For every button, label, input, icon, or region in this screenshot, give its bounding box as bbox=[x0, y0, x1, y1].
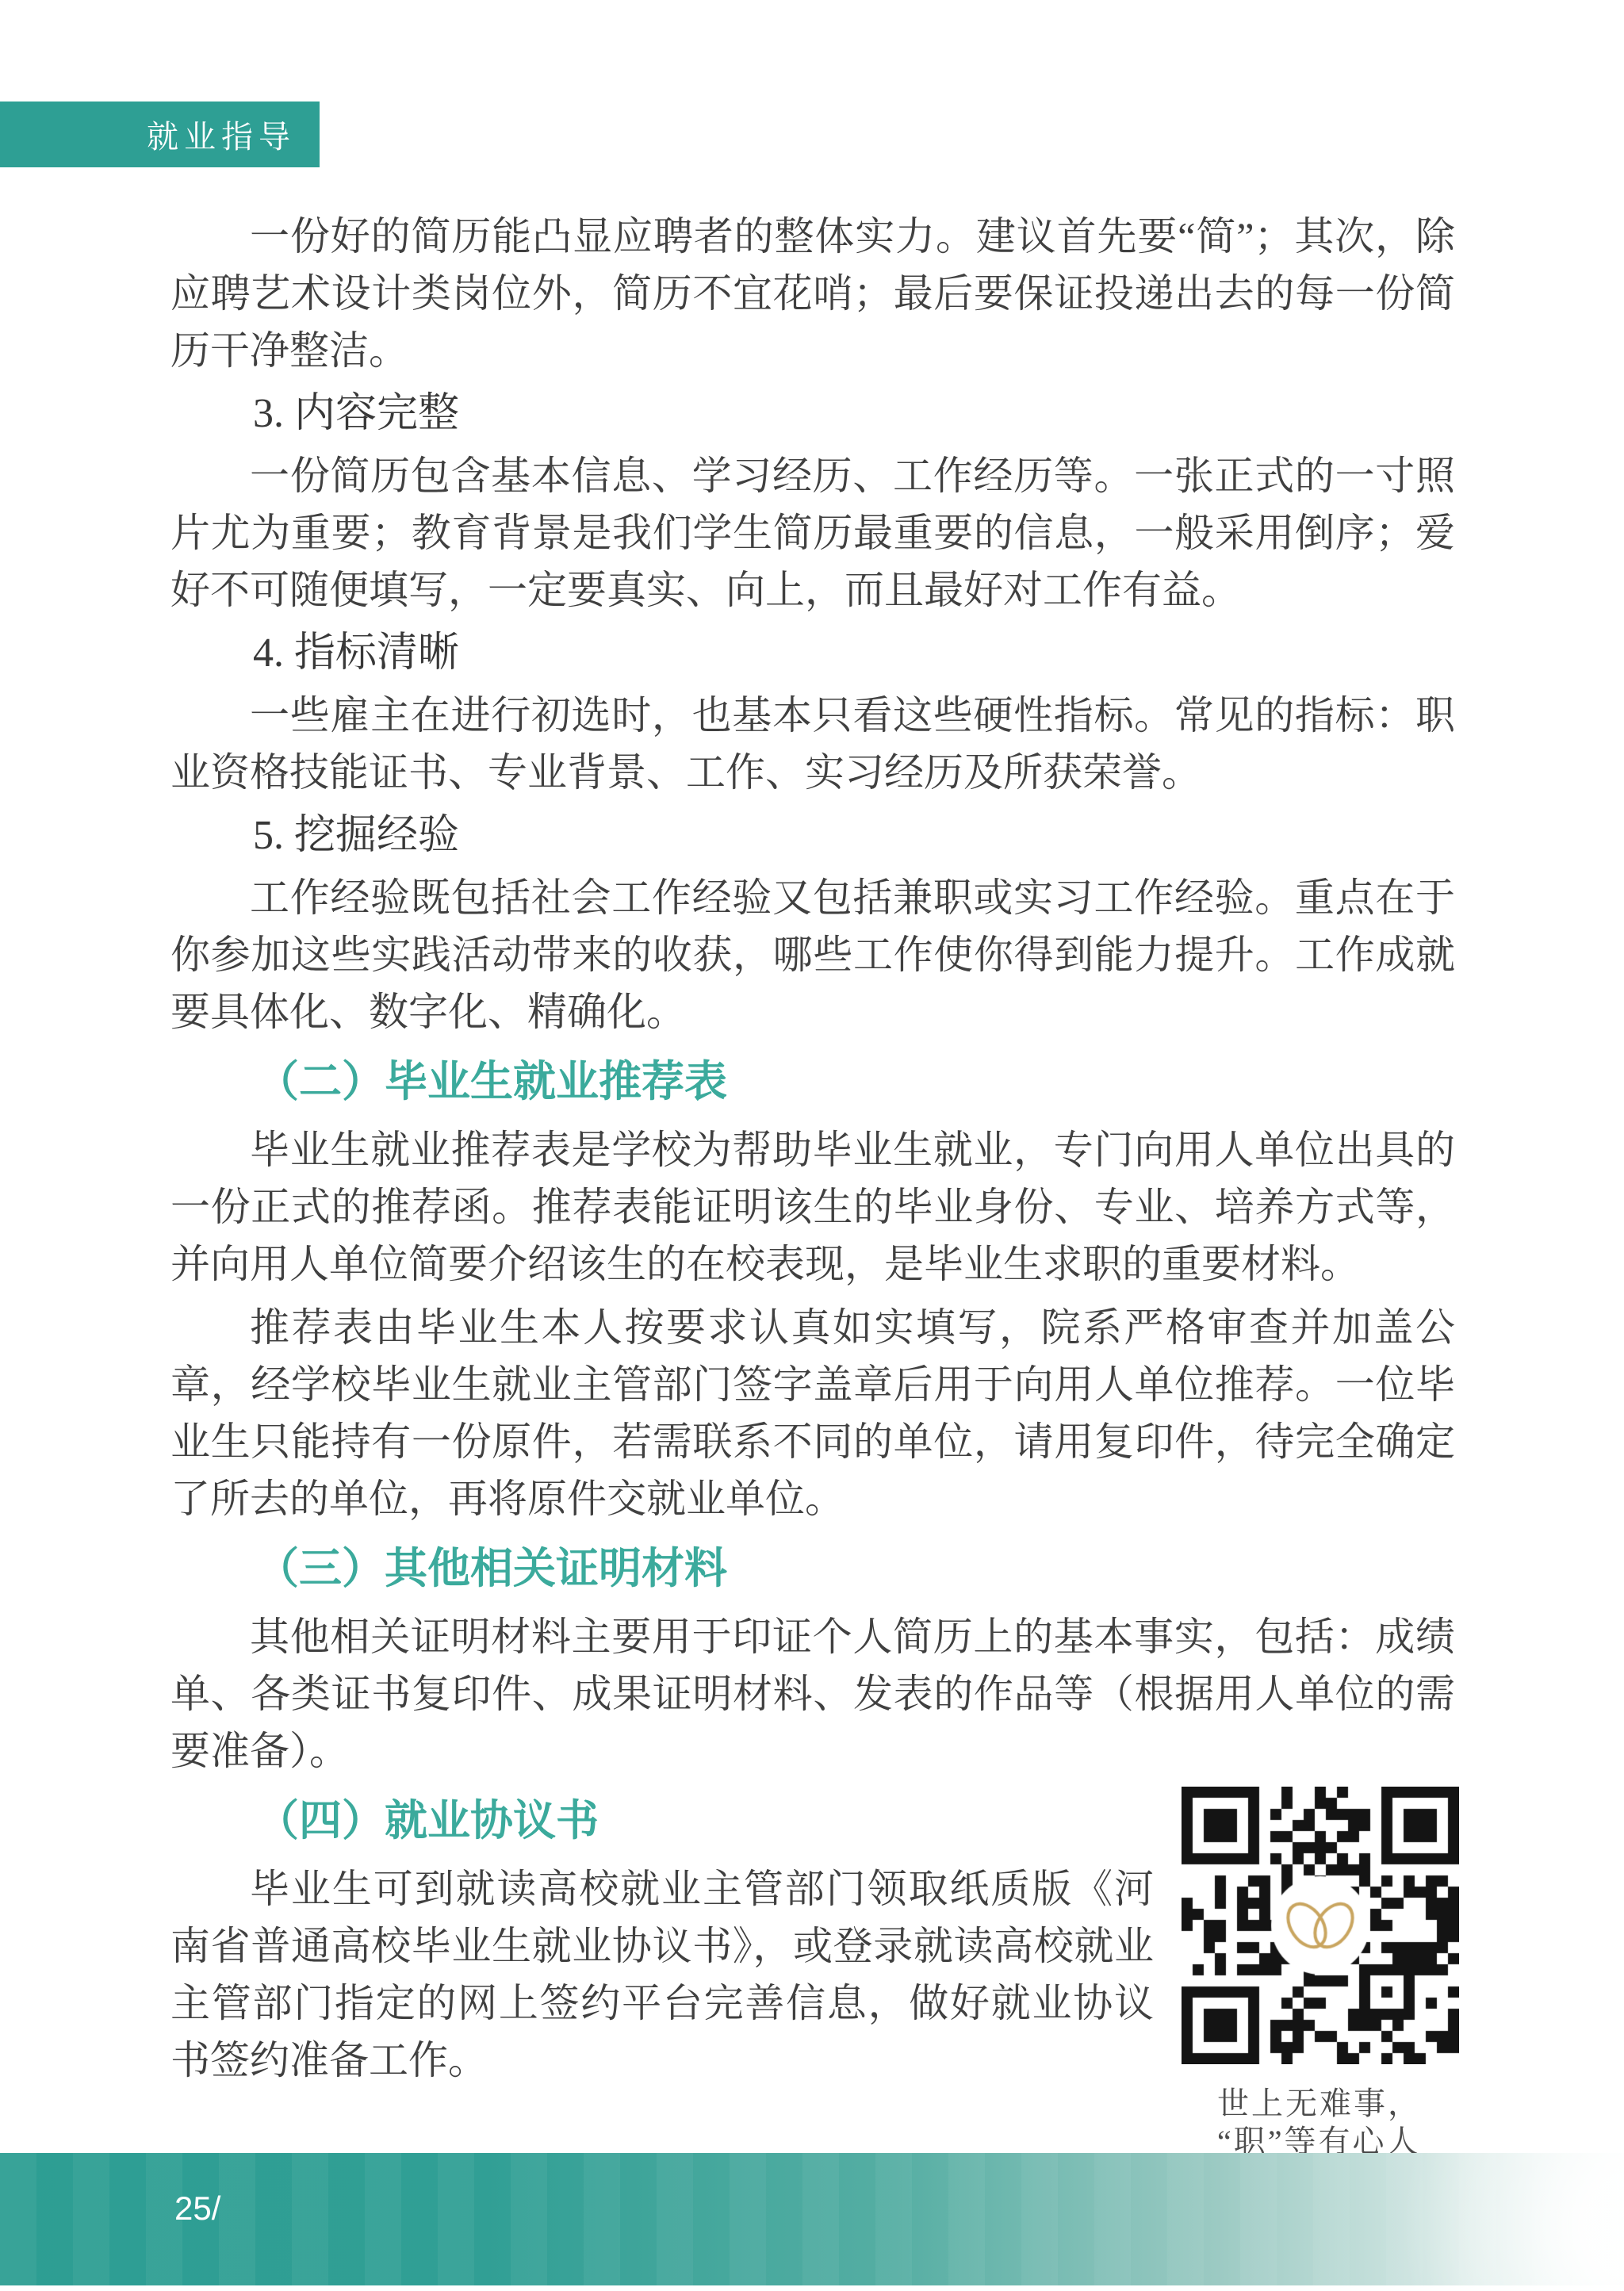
numbered-heading: 3. 内容完整 bbox=[170, 385, 1455, 442]
paragraph: 其他相关证明材料主要用于印证个人简历上的基本事实，包括：成绩单、各类证书复印件、… bbox=[170, 1608, 1455, 1780]
paragraph: 毕业生就业推荐表是学校为帮助毕业生就业，专门向用人单位出具的一份正式的推荐函。推… bbox=[170, 1121, 1455, 1293]
numbered-heading: 5. 挖掘经验 bbox=[170, 807, 1455, 864]
paragraph: 推荐表由毕业生本人按要求认真如实填写，院系严格审查并加盖公章，经学校毕业生就业主… bbox=[170, 1299, 1455, 1527]
chapter-header-tab: 就业指导 bbox=[0, 102, 320, 167]
numbered-heading: 4. 指标清晰 bbox=[170, 625, 1455, 682]
paragraph: 毕业生可到就读高校就业主管部门领取纸质版《河南省普通高校毕业生就业协议书》，或登… bbox=[170, 1860, 1154, 2089]
footer-band: 25/ bbox=[0, 2153, 1624, 2285]
paragraph: 一些雇主在进行初选时，也基本只看这些硬性指标。常见的指标：职业资格技能证书、专业… bbox=[170, 687, 1455, 801]
qr-caption-line1: 世上无难事， bbox=[1182, 2085, 1515, 2123]
page-number: 25/ bbox=[174, 2189, 220, 2228]
paragraph: 一份好的简历能凸显应聘者的整体实力。建议首先要“简”；其次，除应聘艺术设计类岗位… bbox=[170, 208, 1455, 379]
chapter-title: 就业指导 bbox=[147, 112, 296, 157]
section-heading: （三）其他相关证明材料 bbox=[170, 1540, 1455, 1597]
qr-code bbox=[1182, 1787, 1459, 2064]
section-heading: （二）毕业生就业推荐表 bbox=[170, 1053, 1455, 1110]
paragraph: 一份简历包含基本信息、学习经历、工作经历等。一张正式的一寸照片尤为重要；教育背景… bbox=[170, 447, 1455, 619]
qr-panel: 世上无难事， “职”等有心人 bbox=[1182, 1787, 1515, 2161]
document-page: 就业指导 一份好的简历能凸显应聘者的整体实力。建议首先要“简”；其次，除应聘艺术… bbox=[0, 0, 1624, 2291]
paragraph: 工作经验既包括社会工作经验又包括兼职或实习工作经验。重点在于你参加这些实践活动带… bbox=[170, 869, 1455, 1040]
